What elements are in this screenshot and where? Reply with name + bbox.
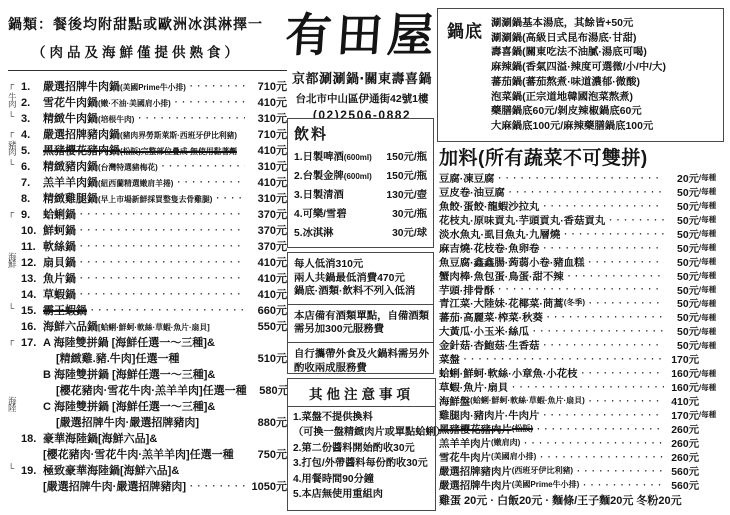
drinks-title: 飲料 [294, 123, 427, 144]
min-charge-line: 酌收兩成服務費 [294, 362, 427, 376]
menu-item-row: └6.精緻豬肉鍋(台灣特選豬梅花)310元 [8, 157, 287, 173]
addon-price: 160元 [664, 379, 699, 394]
addon-price: 50元 [664, 184, 699, 199]
item-name: B 海陸雙拼鍋 [海鮮任選一～三種]& [43, 369, 215, 381]
potbase-line: 麻辣鍋(香氣四溢·辣度可選微/小/中/大) [491, 61, 666, 76]
item-price: 310元 [245, 158, 287, 174]
addon-unit: /每種 [699, 324, 725, 337]
addon-price: 50元 [664, 323, 699, 338]
item-desc: (松阪)完整部位疊成·無使用黏著劑 [120, 147, 237, 156]
addon-unit [699, 469, 725, 471]
addon-price: 50元 [664, 254, 699, 269]
addons-footer: 雞蛋 20元 · 白飯20元 · 麵條/王子麵20元 冬粉20元 [439, 492, 682, 508]
addon-name: 豆腐·凍豆腐 [439, 170, 494, 185]
addon-price: 160元 [664, 365, 699, 380]
drink-name: 3.日製清酒 [294, 186, 344, 201]
note-line: 1.菜盤不提供換料 [288, 410, 435, 425]
drink-price: 30元/瓶 [392, 205, 427, 220]
addon-price: 560元 [664, 477, 699, 492]
group-bracket: ┌ [8, 129, 21, 137]
item-name: 草蝦鍋 [43, 289, 76, 301]
addons-title: 加料(所有蔬菜不可雙拼) [439, 143, 648, 170]
potbase-list: 涮涮鍋基本湯底，其餘皆+50元涮涮鍋(高級日式昆布湯底·甘甜)壽喜鍋(關東吃法不… [491, 9, 666, 141]
potbase-line: 涮涮鍋基本湯底，其餘皆+50元 [491, 17, 666, 32]
item-number: 12. [21, 257, 43, 269]
addon-unit [699, 441, 725, 443]
item-name: 雪花牛肉鍋 [43, 97, 98, 109]
item-desc: [蛤蜊·鮮蚵·軟絲·草蝦·魚片·扇貝] [98, 323, 210, 332]
drink-name: 1.日製啤酒 [294, 148, 344, 163]
menu-item-row: 海 陸C 海陸雙拼鍋 [海鮮任選一～三種]& [8, 397, 287, 413]
addon-unit: /每種 [699, 254, 725, 267]
addon-name: 羔羊羊肉片 [439, 435, 491, 450]
note-line: 3.打包/外帶醬料每份酌收30元 [288, 456, 435, 471]
item-name: 羔羊羊肉鍋 [43, 177, 98, 189]
min-charge-section: 本店備有酒類單點，自備酒類需另加300元服務費 [288, 304, 433, 342]
item-desc: (早上市場新鮮採買整隻去骨雞腿) [98, 195, 212, 204]
addon-unit: /每種 [699, 338, 725, 351]
item-number: 9. [21, 209, 43, 221]
potbase-line: 涮涮鍋(高級日式昆布湯底·甘甜) [491, 32, 666, 47]
menu-item-row: ┌17.A 海陸雙拼鍋 [海鮮任選一～三種]& [8, 333, 287, 349]
addon-price: 50元 [664, 295, 699, 310]
item-price: 880元 [245, 414, 287, 430]
item-name: 魚片鍋 [43, 273, 76, 285]
item-name: [櫻花豬肉·雪花牛肉·羔羊羊肉]任選一種 [43, 449, 234, 461]
item-name: 嚴選招牌牛肉鍋 [43, 81, 120, 93]
group-bracket: └ [8, 305, 21, 313]
addon-desc: (美國肩小排) [491, 450, 536, 462]
item-name: 極致豪華海陸鍋[海鮮六品]& [43, 465, 179, 477]
item-number: 1. [21, 81, 43, 93]
addon-unit: /每種 [699, 282, 725, 295]
group-bracket: ┌ [8, 209, 21, 217]
group-label: 豬 肉 [8, 142, 21, 157]
item-price: 410元 [245, 174, 287, 190]
item-price: 660元 [245, 302, 287, 318]
item-name: [精緻雞.豬.牛肉]任選一種 [56, 353, 179, 365]
addon-name: 大黃瓜·小玉米·絲瓜 [439, 323, 529, 338]
addon-price: 260元 [664, 421, 699, 436]
addon-unit [699, 427, 725, 429]
item-number: 11. [21, 241, 43, 253]
potbase-line: 藥膳鍋底60元/剝皮辣椒鍋底60元 [491, 105, 666, 120]
item-name: 黑豬櫻花豬肉鍋 [43, 145, 120, 157]
group-bracket: ┌ [8, 337, 21, 345]
right-column: 鍋底 涮涮鍋基本湯底，其餘皆+50元涮涮鍋(高級日式昆布湯底·甘甜)壽喜鍋(關東… [437, 0, 727, 515]
item-number: 4. [21, 129, 43, 141]
addon-name: 蕃茄·高麗菜·榨菜·秋葵 [439, 309, 543, 324]
item-price: 550元 [245, 318, 287, 334]
item-number: 7. [21, 177, 43, 189]
addon-name: 嚴選招牌豬肉片 [439, 463, 512, 478]
addon-name: 嚴選招牌牛肉片 [439, 477, 512, 492]
addon-name: 海鮮盤 [439, 393, 470, 408]
addon-unit: /每種 [699, 170, 725, 183]
item-desc: (紐西蘭精選嫩肩羊捲) [98, 179, 173, 188]
potbase-line: 蕃茄鍋(蕃茄熬煮·味道濃郁·微酸) [491, 76, 666, 91]
group-bracket: └ [8, 113, 21, 121]
group-bracket: └ [8, 465, 21, 473]
item-price: 410元 [245, 142, 287, 158]
menu-item-row: └19.極致豪華海陸鍋[海鮮六品]& [8, 461, 287, 477]
addon-name: 麻吉燒·花枝卷·魚卵卷 [439, 240, 539, 255]
addon-price: 50元 [664, 268, 699, 283]
drink-price: 130元/壺 [386, 186, 427, 201]
min-charge-line: 兩人共鍋最低消費470元 [294, 272, 427, 286]
menu-item-row: [櫻花豬肉·雪花牛肉·羔羊羊肉]任選一種580元 [8, 381, 287, 397]
addon-unit: /每種 [699, 296, 725, 309]
menu-item-row: 14.草蝦鍋410元 [8, 285, 287, 301]
addon-unit: /每種 [699, 268, 725, 281]
addon-name: 黑豬櫻花豬肉片 [439, 421, 512, 436]
item-desc: (台灣特選豬梅花) [98, 163, 158, 172]
min-charge-line: 自行攜帶外食及火鍋料需另外 [294, 348, 427, 362]
item-name: 鮮蚵鍋 [43, 225, 76, 237]
item-name: 扇貝鍋 [43, 257, 76, 269]
addon-price: 50元 [664, 282, 699, 297]
brand-block: 有田屋 京都涮涮鍋‧關東壽喜鍋 台北市中山區伊通街42號1樓 (02)2506-… [280, 4, 444, 122]
menu-item-row: 牛 肉2.雪花牛肉鍋(嫩·不油·美國肩小排)410元 [8, 93, 287, 109]
item-number: 16. [21, 321, 43, 333]
addon-price: 50元 [664, 226, 699, 241]
item-name: 精緻牛肉鍋 [43, 113, 98, 125]
item-price: 710元 [245, 126, 287, 142]
addon-desc: (西班牙伊比利豬) [512, 464, 573, 476]
item-name: C 海陸雙拼鍋 [海鮮任選一～三種]& [43, 401, 215, 413]
addon-unit [699, 455, 725, 457]
item-price: 1050元 [245, 478, 287, 494]
addon-desc: (嫩肩肉) [491, 436, 520, 448]
drink-price: 150元/瓶 [386, 167, 427, 182]
addon-price: 260元 [664, 449, 699, 464]
brand-address: 台北市中山區伊通街42號1樓 [280, 91, 444, 106]
item-number: 3. [21, 113, 43, 125]
addon-desc: (美國Prime牛小排) [512, 478, 580, 490]
menu-item-row: 18.豪華海陸鍋[海鮮六品]& [8, 429, 287, 445]
addon-row: 芋頭·排骨酥50元/每種 [439, 282, 725, 296]
item-number: 13. [21, 273, 43, 285]
addon-price: 50元 [664, 240, 699, 255]
menu-item-row: [櫻花豬肉·雪花牛肉·羔羊羊肉]任選一種750元 [8, 445, 287, 461]
addon-price: 560元 [664, 463, 699, 478]
dot-leader [579, 475, 664, 493]
item-price: 580元 [247, 382, 289, 398]
pot-note-line2: （肉品及海鮮僅提供熟食） [8, 41, 287, 61]
group-bracket: ┌ [8, 81, 21, 89]
potbase-line: 大麻鍋底100元/麻辣藥膳鍋底100元 [491, 120, 666, 135]
addons-list: 豆腐·凍豆腐20元/每種豆皮卷·油豆腐50元/每種魚餃·蛋餃·龍蝦沙拉丸50元/… [439, 170, 725, 491]
drink-name: 5.冰淇淋 [294, 224, 333, 239]
menu-page: 鍋類：餐後均附甜點或歐洲冰淇淋擇一 （肉品及海鮮僅提供熟食） ┌1.嚴選招牌牛肉… [0, 0, 730, 515]
menu-item-row: 海 鮮12.扇貝鍋410元 [8, 253, 287, 269]
addon-price: 170元 [664, 351, 699, 366]
addon-price: 50元 [664, 337, 699, 352]
item-desc: (豬肉界勞斯萊斯·西班牙伊比利豬) [120, 131, 237, 140]
item-number: 8. [21, 193, 43, 205]
addon-unit [699, 399, 725, 401]
brand-logo: 有田屋 [278, 4, 446, 66]
addon-name: 菜盤 [439, 351, 460, 366]
addon-row: 魚餃·蛋餃·龍蝦沙拉丸50元/每種 [439, 198, 725, 212]
menu-item-row: [精緻雞.豬.牛肉]任選一種510元 [8, 349, 287, 365]
item-number: 18. [21, 433, 43, 445]
item-number: 6. [21, 161, 43, 173]
addon-name: 豆皮卷·油豆腐 [439, 184, 505, 199]
addon-row: 草蝦·魚片·扇貝160元/每種 [439, 379, 725, 393]
addon-unit: /每種 [699, 198, 725, 211]
item-price: 370元 [245, 222, 287, 238]
drinks-list: 1.日製啤酒(600ml)150元/瓶2.台製金牌(600ml)150元/瓶3.… [294, 148, 427, 243]
note-line: （可換一盤精緻肉片或單點蛤蜊） [288, 425, 435, 440]
addon-unit: /每種 [699, 240, 725, 253]
potbase-box: 鍋底 涮涮鍋基本湯底，其餘皆+50元涮涮鍋(高級日式昆布湯底·甘甜)壽喜鍋(關東… [437, 8, 724, 142]
menu-item-row: ┌9.蛤蜊鍋370元 [8, 205, 287, 221]
menu-item-row: └3.精緻牛肉鍋(培根牛肉)310元 [8, 109, 287, 125]
item-name: 霸王蝦鍋 [43, 305, 87, 317]
group-label: 牛 肉 [8, 94, 21, 109]
potbase-line: 壽喜鍋(關東吃法不油膩·湯底可喝) [491, 46, 666, 61]
note-line: 5.本店無使用重組肉 [288, 487, 435, 502]
menu-item-row: 13.魚片鍋410元 [8, 269, 287, 285]
drink-name: 4.可樂/雪碧 [294, 205, 347, 220]
potbase-title: 鍋底 [438, 9, 491, 141]
item-price: 310元 [245, 190, 287, 206]
addon-unit: /每種 [699, 407, 725, 420]
addon-name: 魚豆腐·鑫鑫腸·蒟蒻小卷·豬血糕 [439, 254, 584, 269]
drink-row: 5.冰淇淋30元/球 [294, 224, 427, 243]
addon-name: 雞腿肉·豬肉片·牛肉片 [439, 407, 539, 422]
addon-unit: /每種 [699, 380, 725, 393]
item-price: 370元 [245, 238, 287, 254]
item-price: 750元 [245, 446, 287, 462]
dot-leader [186, 476, 245, 494]
menu-item-row: 豬 肉5.黑豬櫻花豬肉鍋(松阪)完整部位疊成·無使用黏著劑410元 [8, 141, 287, 157]
divider-line [8, 70, 287, 71]
item-name: 蛤蜊鍋 [43, 209, 76, 221]
group-bracket: └ [8, 161, 21, 169]
item-text: [嚴選招牌牛肉·嚴選招牌豬肉] [43, 477, 186, 495]
pot-menu-column: 鍋類：餐後均附甜點或歐洲冰淇淋擇一 （肉品及海鮮僅提供熟食） ┌1.嚴選招牌牛肉… [8, 14, 287, 493]
menu-item-row: 8.精緻雞腿鍋(早上市場新鮮採買整隻去骨雞腿)310元 [8, 189, 287, 205]
item-name: 嚴選招牌豬肉鍋 [43, 129, 120, 141]
dot-leader [87, 300, 245, 318]
addon-price: 260元 [664, 435, 699, 450]
item-name: [櫻花豬肉·雪花牛肉·羔羊羊肉]任選一種 [56, 385, 247, 397]
menu-item-row: ┌4.嚴選招牌豬肉鍋(豬肉界勞斯萊斯·西班牙伊比利豬)710元 [8, 125, 287, 141]
pot-menu-list: ┌1.嚴選招牌牛肉鍋(美國Prime牛小排)710元牛 肉2.雪花牛肉鍋(嫩·不… [8, 77, 287, 493]
min-charge-section: 自行攜帶外食及火鍋料需另外酌收兩成服務費 [288, 342, 433, 380]
menu-item-row: 11.軟絲鍋370元 [8, 237, 287, 253]
item-name: 海鮮六品鍋 [43, 321, 98, 333]
menu-item-row: ┌1.嚴選招牌牛肉鍋(美國Prime牛小排)710元 [8, 77, 287, 93]
center-column: 有田屋 京都涮涮鍋‧關東壽喜鍋 台北市中山區伊通街42號1樓 (02)2506-… [287, 0, 435, 515]
drink-row: 1.日製啤酒(600ml)150元/瓶 [294, 148, 427, 167]
addon-unit: /每種 [699, 366, 725, 379]
item-price: 510元 [245, 350, 287, 366]
addon-price: 50元 [664, 212, 699, 227]
item-number: 5. [21, 145, 43, 157]
addon-unit [699, 483, 725, 485]
min-charge-line: 本店備有酒類單點，自備酒類 [294, 310, 427, 324]
item-price: 410元 [245, 270, 287, 286]
addon-price: 50元 [664, 198, 699, 213]
drink-price: 150元/瓶 [386, 148, 427, 163]
notes-list: 1.菜盤不提供換料（可換一盤精緻肉片或單點蛤蜊）2.第二份醬料開始酌收30元3.… [288, 407, 435, 502]
min-charge-line: 每人低消310元 [294, 258, 427, 272]
menu-item-row: 7.羔羊羊肉鍋(紐西蘭精選嫩肩羊捲)410元 [8, 173, 287, 189]
menu-item-row: [嚴選招牌牛肉·嚴選招牌豬肉]880元 [8, 413, 287, 429]
item-name: 精緻豬肉鍋 [43, 161, 98, 173]
drink-row: 3.日製清酒130元/壺 [294, 186, 427, 205]
addon-unit: /每種 [699, 310, 725, 323]
menu-item-row: [嚴選招牌牛肉·嚴選招牌豬肉]1050元 [8, 477, 287, 493]
item-price: 410元 [245, 254, 287, 270]
group-label: 海 鮮 [8, 254, 21, 269]
note-line: 2.第二份醬料開始酌收30元 [288, 441, 435, 456]
drink-price: 30元/球 [392, 224, 427, 239]
item-number: 10. [21, 225, 43, 237]
dot-leader [134, 108, 245, 126]
item-name: A 海陸雙拼鍋 [海鮮任選一～三種]& [43, 337, 215, 349]
addon-row: 麻吉燒·花枝卷·魚卵卷50元/每種 [439, 240, 725, 254]
addon-name: 草蝦·魚片·扇貝 [439, 379, 508, 394]
addon-row: 嚴選招牌牛肉片(美國Prime牛小排)560元 [439, 477, 725, 491]
item-name: 軟絲鍋 [43, 241, 76, 253]
drinks-box: 飲料 1.日製啤酒(600ml)150元/瓶2.台製金牌(600ml)150元/… [287, 118, 434, 248]
drink-name: 2.台製金牌 [294, 167, 344, 182]
potbase-line: 泡菜鍋(正宗道地韓國泡菜熬煮) [491, 91, 666, 106]
min-charge-section: 每人低消310元兩人共鍋最低消費470元鍋底·酒類·飲料不列入低消 [288, 253, 433, 304]
addon-unit: /每種 [699, 226, 725, 239]
menu-item-row: 10.鮮蚵鍋370元 [8, 221, 287, 237]
addon-name: 雪花牛肉片 [439, 449, 491, 464]
addon-price: 410元 [664, 393, 699, 408]
item-price: 370元 [245, 206, 287, 222]
note-line: 4.用餐時間90分鐘 [288, 472, 435, 487]
notes-title: 其他注意事項 [288, 379, 435, 407]
item-desc: (培根牛肉) [98, 115, 134, 124]
brand-subtitle: 京都涮涮鍋‧關東壽喜鍋 [280, 68, 444, 87]
item-desc: (嫩·不油·美國肩小排) [98, 99, 171, 108]
min-charge-line: 鍋底·酒類·飲料不列入低消 [294, 285, 427, 299]
min-charge-box: 每人低消310元兩人共鍋最低消費470元鍋底·酒類·飲料不列入低消本店備有酒類單… [287, 252, 434, 374]
item-number: 17. [21, 337, 43, 349]
item-number: 2. [21, 97, 43, 109]
item-desc: (美國Prime牛小排) [120, 83, 186, 92]
min-charge-line: 需另加300元服務費 [294, 323, 427, 337]
item-price: 410元 [245, 286, 287, 302]
addon-price: 50元 [664, 309, 699, 324]
item-number: 14. [21, 289, 43, 301]
addon-unit: /每種 [699, 212, 725, 225]
drink-size: (600ml) [344, 153, 372, 162]
group-label: 海 陸 [8, 398, 21, 413]
item-name: [嚴選招牌牛肉·嚴選招牌豬肉] [56, 417, 199, 429]
addon-name: 魚餃·蛋餃·龍蝦沙拉丸 [439, 198, 539, 213]
drink-row: 2.台製金牌(600ml)150元/瓶 [294, 167, 427, 186]
menu-item-row: 16.海鮮六品鍋[蛤蜊·鮮蚵·軟絲·草蝦·魚片·扇貝]550元 [8, 317, 287, 333]
item-number: 15. [21, 305, 43, 317]
pot-note: 鍋類：餐後均附甜點或歐洲冰淇淋擇一 （肉品及海鮮僅提供熟食） [8, 14, 287, 61]
item-name: [嚴選招牌牛肉·嚴選招牌豬肉] [43, 481, 186, 493]
menu-item-row: └15.霸王蝦鍋660元 [8, 301, 287, 317]
addon-name: 芋頭·排骨酥 [439, 282, 494, 297]
drink-row: 4.可樂/雪碧30元/瓶 [294, 205, 427, 224]
addon-unit [699, 357, 725, 359]
drink-size: (600ml) [344, 172, 372, 181]
menu-item-row: B 海陸雙拼鍋 [海鮮任選一～三種]& [8, 365, 287, 381]
item-name: 豪華海陸鍋[海鮮六品]& [43, 433, 157, 445]
pot-note-line1: 鍋類：餐後均附甜點或歐洲冰淇淋擇一 [8, 14, 287, 34]
addon-price: 20元 [664, 170, 699, 185]
item-number: 19. [21, 465, 43, 477]
addon-unit: /每種 [699, 184, 725, 197]
addon-price: 170元 [664, 407, 699, 422]
notes-box: 其他注意事項 1.菜盤不提供換料（可換一盤精緻肉片或單點蛤蜊）2.第二份醬料開始… [287, 378, 436, 511]
